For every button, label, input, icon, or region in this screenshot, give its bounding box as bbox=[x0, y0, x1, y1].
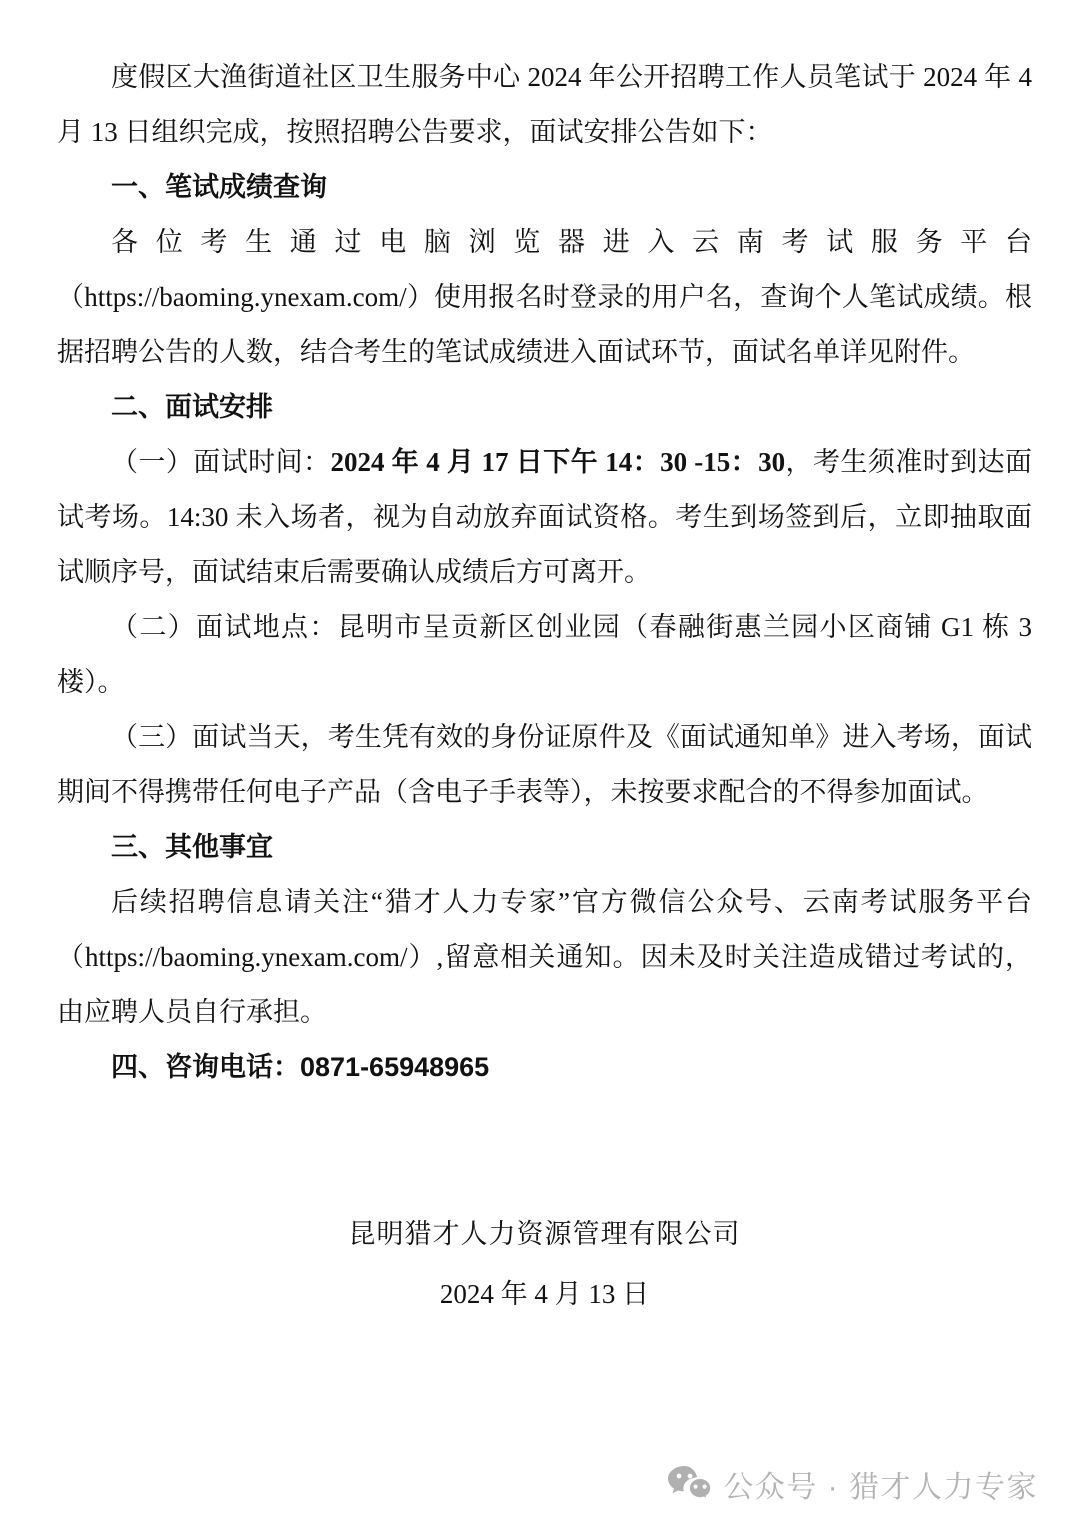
interview-time-label: （一）面试时间： bbox=[111, 447, 330, 477]
interview-location-text: （二）面试地点：昆明市呈贡新区创业园（春融街惠兰园小区商铺 G1 栋 3 楼）。 bbox=[57, 612, 1032, 697]
interview-rules-text: （三）面试当天，考生凭有效的身份证原件及《面试通知单》进入考场，面试期间不得携带… bbox=[57, 722, 1032, 807]
wechat-icon bbox=[667, 1465, 713, 1503]
intro-paragraph: 度假区大渔街道社区卫生服务中心 2024 年公开招聘工作人员笔试于 2024 年… bbox=[57, 50, 1032, 160]
section3-body: 后续招聘信息请关注“猎才人力专家”官方微信公众号、云南考试服务平台（https:… bbox=[57, 875, 1032, 1040]
section2-item1: （一）面试时间：2024 年 4 月 17 日下午 14：30 -15：30，考… bbox=[57, 435, 1032, 600]
section2-item2: （二）面试地点：昆明市呈贡新区创业园（春融街惠兰园小区商铺 G1 栋 3 楼）。 bbox=[57, 600, 1032, 710]
intro-text: 度假区大渔街道社区卫生服务中心 2024 年公开招聘工作人员笔试于 2024 年… bbox=[57, 62, 1032, 147]
document-content: 度假区大渔街道社区卫生服务中心 2024 年公开招聘工作人员笔试于 2024 年… bbox=[57, 50, 1032, 1322]
watermark-text: 公众号 · 猎才人力专家 bbox=[723, 1462, 1038, 1506]
section3-heading: 三、其他事宜 bbox=[57, 820, 1032, 875]
section1-body: 各位考生通过电脑浏览器进入云南考试服务平台（https://baoming.yn… bbox=[57, 215, 1032, 380]
document-page: 度假区大渔街道社区卫生服务中心 2024 年公开招聘工作人员笔试于 2024 年… bbox=[0, 0, 1080, 1526]
section2-item3: （三）面试当天，考生凭有效的身份证原件及《面试通知单》进入考场，面试期间不得携带… bbox=[57, 710, 1032, 820]
section1-heading: 一、笔试成绩查询 bbox=[57, 160, 1032, 215]
section1-body-text: 各位考生通过电脑浏览器进入云南考试服务平台（https://baoming.yn… bbox=[57, 227, 1032, 367]
section3-body-text: 后续招聘信息请关注“猎才人力专家”官方微信公众号、云南考试服务平台（https:… bbox=[57, 887, 1032, 1027]
watermark: 公众号 · 猎才人力专家 bbox=[667, 1462, 1038, 1506]
signature-block: 昆明猎才人力资源管理有限公司 2024 年 4 月 13 日 bbox=[57, 1207, 1032, 1322]
section2-heading: 二、面试安排 bbox=[57, 380, 1032, 435]
signature-date: 2024 年 4 月 13 日 bbox=[57, 1267, 1032, 1322]
signature-company: 昆明猎才人力资源管理有限公司 bbox=[57, 1207, 1032, 1262]
interview-time-value: 2024 年 4 月 17 日下午 14：30 -15：30 bbox=[330, 447, 785, 477]
section4-heading: 四、咨询电话：0871-65948965 bbox=[57, 1040, 1032, 1095]
